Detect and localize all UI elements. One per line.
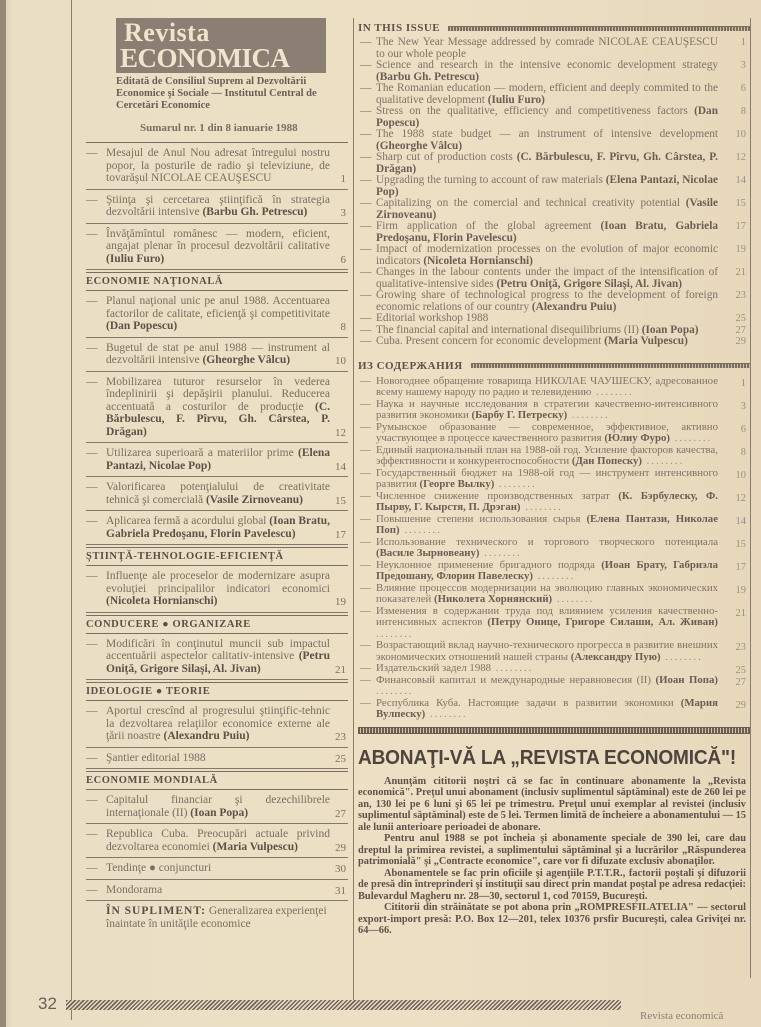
toc-entry: —The Romanian education — modern, effici…	[358, 83, 750, 106]
leader-dots: ........	[591, 386, 633, 398]
entry-page: 8	[741, 106, 746, 118]
leader-dots: ........	[494, 478, 536, 490]
toc-entry: —Государственный бюджет на 1988-ой год —…	[358, 468, 750, 491]
entry-title: Aplicarea fermă a acordului global (Ioan…	[86, 515, 330, 540]
entry-author: (Nicoleta Hornianschi)	[106, 595, 217, 607]
entry-dash: —	[86, 147, 98, 160]
entry-dash: —	[360, 560, 371, 572]
leader-dots: ........	[491, 662, 533, 674]
entry-author: (C. Bărbulescu, F. Pîrvu, Gh. Cârstea, P…	[376, 151, 718, 175]
entry-dash: —	[360, 376, 371, 388]
toc-entry: —The New Year Message addressed by comra…	[358, 37, 750, 60]
entry-author: (Ioan Popa)	[642, 324, 699, 336]
advert-top-rule	[358, 727, 750, 734]
entry-page: 1	[341, 173, 347, 186]
toc-entry: —Impact of modernization processes on th…	[358, 244, 750, 267]
leader-dots: ........	[552, 593, 594, 605]
entry-title: Şantier editorial 1988	[86, 752, 330, 765]
entry-author: (Gheorghe Vâlcu)	[202, 354, 290, 366]
entry-dash: —	[360, 221, 371, 233]
entry-page: 15	[736, 198, 747, 210]
entry-author: (Elena Pantazi, Nicolae Pop)	[376, 174, 718, 198]
entry-page: 6	[341, 254, 347, 267]
leader-dots: ........	[400, 524, 442, 536]
entry-page: 23	[335, 731, 346, 744]
leader-dots: ........	[661, 651, 703, 663]
toc-entry: —Возрастающий вклад научно-технического …	[358, 640, 750, 663]
entry-page: 14	[335, 461, 346, 474]
entry-page: 10	[335, 355, 346, 368]
entry-page: 6	[741, 83, 746, 95]
entry-dash: —	[360, 514, 371, 526]
entry-dash: —	[86, 376, 98, 389]
entry-page: 21	[736, 267, 747, 279]
toc-entry: —Mondorama31	[86, 880, 348, 902]
entry-author: (Alexandru Puiu)	[532, 301, 616, 313]
toc-entry: —Valorificarea potenţialului de creativi…	[86, 477, 348, 511]
entry-dash: —	[360, 399, 371, 411]
publisher-line: Editată de Consiliul Suprem al Dezvoltăr…	[116, 76, 331, 112]
toc-entry: —Mobilizarea tuturor resurselor în veder…	[86, 372, 348, 444]
page-number: 32	[38, 994, 57, 1014]
toc-entry: —Învăţămîntul românesc — modern, eficien…	[86, 224, 348, 271]
entry-page: 23	[736, 642, 747, 654]
toc-entry: —Повышение степени использования сырья (…	[358, 514, 750, 537]
leader-dots: ........	[642, 455, 684, 467]
entry-dash: —	[360, 290, 371, 302]
entry-page: 12	[736, 152, 747, 164]
section-heading: CONDUCERE ● ORGANIZARE	[86, 615, 348, 634]
entry-author: (Петру Онице, Григоре Силаши, Ал. Живан)	[487, 616, 718, 628]
entry-dash: —	[360, 175, 371, 187]
russian-header: ИЗ СОДЕРЖАНИЯ	[358, 360, 750, 372]
entry-dash: —	[360, 491, 371, 503]
entry-title: Învăţămîntul românesc — modern, eficient…	[86, 228, 330, 266]
entry-dash: —	[360, 336, 371, 348]
toc-entry: —Şantier editorial 198825	[86, 748, 348, 770]
entry-dash: —	[360, 37, 371, 49]
entry-page: 14	[736, 516, 747, 528]
entry-page: 3	[741, 401, 746, 413]
toc-entry: —Изменения в содержании труда под влияни…	[358, 606, 750, 641]
toc-entry: —Upgrading the turning to account of raw…	[358, 175, 750, 198]
entry-dash: —	[360, 663, 371, 675]
entry-author: (Александру Пую)	[571, 651, 661, 663]
leader-dots: ........	[376, 685, 414, 697]
entry-page: 27	[335, 808, 346, 821]
entry-dash: —	[360, 583, 371, 595]
entry-page: 31	[335, 885, 346, 898]
entry-title: Bugetul de stat pe anul 1988 — instrumen…	[86, 342, 330, 367]
entry-author: (Iuliu Furo)	[106, 253, 164, 265]
russian-contents: —Новогоднее обращение товарища НИКОЛАЕ Ч…	[358, 376, 750, 721]
toc-entry: —Science and research in the intensive e…	[358, 60, 750, 83]
entry-dash: —	[360, 106, 371, 118]
entry-dash: —	[360, 129, 371, 141]
toc-entry: —Modificări în conţinutul muncii sub imp…	[86, 634, 348, 681]
entry-dash: —	[86, 705, 98, 718]
entry-page: 29	[335, 842, 346, 855]
toc-entry: —Ştiinţa şi cercetarea ştiinţifică în st…	[86, 190, 348, 224]
entry-author: (Дан Попеску)	[572, 455, 642, 467]
entry-author: (Василе Зырновеану)	[376, 547, 479, 559]
leader-dots: ........	[670, 432, 712, 444]
subscription-headline: ABONAŢI-VĂ LA „REVISTA ECONOMICĂ"!	[358, 746, 723, 770]
entry-author: (Юлиу Фуро)	[604, 432, 670, 444]
entry-page: 3	[741, 60, 746, 72]
toc-entry: —The 1988 state budget — an instrument o…	[358, 129, 750, 152]
entry-dash: —	[86, 862, 98, 875]
entry-title: Modificări în conţinutul muncii sub impa…	[86, 638, 330, 676]
entry-dash: —	[86, 228, 98, 241]
entry-page: 12	[736, 493, 747, 505]
entry-author: (Gheorghe Vâlcu)	[376, 140, 462, 152]
entry-title: Influenţe ale proceselor de modernizare …	[86, 570, 330, 608]
entry-dash: —	[360, 198, 371, 210]
leader-dots: ........	[521, 501, 563, 513]
entry-dash: —	[360, 422, 371, 434]
entry-dash: —	[360, 640, 371, 652]
toc-entry: —Республика Куба. Настоящие задачи в раз…	[358, 698, 750, 721]
entry-page: 14	[736, 175, 747, 187]
toc-entry: —Влияние процессов модернизации на эволю…	[358, 583, 750, 606]
entry-page: 21	[736, 608, 747, 620]
left-margin-rule	[71, 0, 72, 1020]
entry-dash: —	[360, 606, 371, 618]
entry-author: (Vasile Zirnoveanu)	[376, 197, 718, 221]
entry-dash: —	[86, 638, 98, 651]
entry-title: Planul naţional unic pe anul 1988. Accen…	[86, 295, 330, 333]
toc-entry: —Influenţe ale proceselor de modernizare…	[86, 566, 348, 613]
entry-dash: —	[360, 698, 371, 710]
entry-dash: —	[360, 468, 371, 480]
toc-entry: —Firm application of the global agreemen…	[358, 221, 750, 244]
entry-page: 8	[341, 321, 347, 334]
entry-page: 1	[741, 37, 746, 49]
column-divider	[353, 18, 354, 1008]
entry-dash: —	[86, 515, 98, 528]
entry-author: (Барбу Г. Петреску)	[472, 409, 568, 421]
toc-entry: —Румынское образование — современное, эф…	[358, 422, 750, 445]
footer-hatch-rule	[66, 1000, 621, 1010]
masthead-logo: Revista ECONOMICA	[116, 18, 326, 73]
toc-entry: —Aplicarea fermă a acordului global (Ioa…	[86, 511, 348, 545]
toc-entry: —Changes in the labour contents under th…	[358, 267, 750, 290]
entry-page: 27	[736, 677, 747, 689]
entry-page: 25	[335, 753, 346, 766]
english-contents: —The New Year Message addressed by comra…	[358, 37, 750, 348]
entry-page: 17	[335, 529, 346, 542]
entry-title: Mesajul de Anul Nou adresat întregului n…	[86, 147, 330, 185]
entry-author: (Maria Vulpescu)	[213, 841, 298, 853]
entry-title: Mobilizarea tuturor resurselor în vedere…	[86, 376, 330, 439]
entry-author: (Elena Pantazi, Nicolae Pop)	[106, 447, 330, 472]
toc-entry: —Tendinţe ● conjuncturi30	[86, 858, 348, 880]
leader-dots: ........	[533, 570, 575, 582]
entry-dash: —	[86, 295, 98, 308]
leader-dots: ........	[425, 708, 467, 720]
lead-articles: —Mesajul de Anul Nou adresat întregului …	[86, 142, 348, 270]
entry-title: Mondorama	[86, 884, 330, 897]
toc-entry: —Planul naţional unic pe anul 1988. Acce…	[86, 291, 348, 338]
entry-dash: —	[86, 342, 98, 355]
leader-dots: ........	[376, 628, 414, 640]
toc-entry: —Mesajul de Anul Nou adresat întregului …	[86, 143, 348, 190]
right-margin-rule	[750, 18, 751, 978]
entry-dash: —	[360, 537, 371, 549]
entry-page: 6	[741, 424, 746, 436]
toc-entry: —Численное снижение производственных зат…	[358, 491, 750, 514]
subscription-paragraph: Cititorii din străinătate se pot abona p…	[358, 902, 746, 937]
entry-author: (Ioan Bratu, Gabriela Predoşanu, Florin …	[376, 220, 718, 244]
romanian-contents-column: Revista ECONOMICA Editată de Consiliul S…	[86, 18, 348, 930]
entry-author: (Георге Вылку)	[420, 478, 495, 490]
entry-dash: —	[360, 445, 371, 457]
issue-summary-title: Sumarul nr. 1 din 8 ianuarie 1988	[140, 122, 348, 134]
entry-page: 12	[335, 427, 346, 440]
entry-author: (Maria Vulpescu)	[604, 335, 688, 347]
subscription-paragraph: Pentru anul 1988 se pot încheia şi abona…	[358, 833, 746, 868]
page-binding-edge	[0, 0, 6, 1027]
entry-dash: —	[360, 83, 371, 95]
entry-title: Aportul crescînd al progresului ştiinţif…	[86, 705, 330, 743]
toc-entry: —Наука и научные исследования в стратеги…	[358, 399, 750, 422]
section-heading: ECONOMIE NAŢIONALĂ	[86, 272, 348, 291]
entry-author: (Barbu Gh. Petrescu)	[202, 206, 307, 218]
toc-entry: —Capitalul financiar şi dezechilibrele i…	[86, 790, 348, 824]
entry-title: Utilizarea superioară a materiilor prime…	[86, 447, 330, 472]
leader-dots: ........	[479, 547, 521, 559]
entry-page: 19	[736, 244, 747, 256]
entry-page: 1	[741, 378, 746, 390]
toc-entry: —Новогоднее обращение товарища НИКОЛАЕ Ч…	[358, 376, 750, 399]
entry-page: 27	[736, 325, 747, 337]
entry-dash: —	[86, 794, 98, 807]
entry-author: (Vasile Zirnoveanu)	[206, 494, 303, 506]
leader-dots: ........	[567, 409, 609, 421]
entry-page: 3	[341, 207, 347, 220]
toc-entry: —Sharp cut of production costs (C. Bărbu…	[358, 152, 750, 175]
entry-page: 29	[736, 700, 747, 712]
supplement-label: ÎN SUPLIMENT:	[106, 905, 206, 917]
entry-author: (Nicoleta Hornianschi)	[423, 255, 533, 267]
entry-page: 8	[741, 447, 746, 459]
masthead-line2: ECONOMICA	[120, 45, 290, 72]
entry-dash: —	[86, 752, 98, 765]
entry-author: (Ioan Popa)	[190, 807, 248, 819]
toc-entry: —Cuba. Present concern for economic deve…	[358, 336, 750, 348]
running-title: Revista economică	[640, 1010, 723, 1022]
toc-entry: —Неуклонное применение бригадного подряд…	[358, 560, 750, 583]
entry-page: 30	[335, 863, 346, 876]
russian-title: ИЗ СОДЕРЖАНИЯ	[358, 360, 463, 372]
toc-entry: —Финансовый капитал и международные нера…	[358, 675, 750, 698]
section-heading: ŞTIINŢĂ-TEHNOLOGIE-EFICIENŢĂ	[86, 547, 348, 566]
subscription-paragraph: Abonamentele se fac prin oficiile şi age…	[358, 868, 746, 903]
entry-page: 19	[736, 585, 747, 597]
foreign-contents-column: IN THIS ISSUE —The New Year Message addr…	[358, 22, 750, 937]
subscription-paragraph: Anunţăm cititorii noştri că se fac în co…	[358, 776, 746, 834]
toc-entry: —Bugetul de stat pe anul 1988 — instrume…	[86, 338, 348, 372]
toc-entry: —Republica Cuba. Preocupări actuale priv…	[86, 824, 348, 858]
entry-page: 23	[736, 290, 747, 302]
entry-dash: —	[86, 481, 98, 494]
entry-dash: —	[86, 194, 98, 207]
entry-dash: —	[86, 828, 98, 841]
section-heading: IDEOLOGIE ● TEORIE	[86, 682, 348, 701]
entry-dash: —	[360, 244, 371, 256]
entry-page: 10	[736, 470, 747, 482]
entry-page: 25	[736, 313, 747, 325]
entry-author: (Николета Хорнянский)	[434, 593, 552, 605]
entry-dash: —	[86, 884, 98, 897]
entry-title: Ştiinţa şi cercetarea ştiinţifică în str…	[86, 194, 330, 219]
entry-author: (Dan Popescu)	[376, 105, 718, 129]
in-this-issue-title: IN THIS ISSUE	[358, 22, 440, 34]
entry-dash: —	[360, 152, 371, 164]
entry-dash: —	[86, 570, 98, 583]
supplement-note: ÎN SUPLIMENT: Generalizarea experienţei …	[86, 901, 348, 930]
toc-entry: —Aportul crescînd al progresului ştiinţi…	[86, 701, 348, 748]
entry-page: 29	[736, 336, 747, 348]
toc-entry: —Utilizarea superioară a materiilor prim…	[86, 443, 348, 477]
entry-page: 21	[335, 664, 346, 677]
in-this-issue-header: IN THIS ISSUE	[358, 22, 750, 34]
subscription-body: Anunţăm cititorii noştri că se fac în co…	[358, 776, 750, 937]
toc-entry: —Capitalizing on the comercial and techn…	[358, 198, 750, 221]
entry-dash: —	[360, 313, 371, 325]
entry-title: Tendinţe ● conjuncturi	[86, 862, 330, 875]
section-list: ECONOMIE NAŢIONALĂ—Planul naţional unic …	[86, 272, 348, 901]
entry-dash: —	[360, 267, 371, 279]
entry-page: 10	[736, 129, 747, 141]
toc-entry: —Использование технического и торгового …	[358, 537, 750, 560]
entry-author: (Iuliu Furo)	[488, 94, 545, 106]
entry-title: Valorificarea potenţialului de creativit…	[86, 481, 330, 506]
header-rule	[448, 26, 750, 31]
entry-page: 15	[335, 495, 346, 508]
header-rule	[471, 363, 750, 368]
entry-title: Capitalul financiar şi dezechilibrele in…	[86, 794, 330, 819]
entry-author: (Petru Oniţă, Grigore Silaşi, Al. Jivan)	[106, 650, 330, 675]
entry-dash: —	[360, 60, 371, 72]
toc-entry: —Единый национальный план на 1988-ой год…	[358, 445, 750, 468]
entry-author: (Alexandru Puiu)	[163, 730, 249, 742]
entry-page: 15	[736, 539, 747, 551]
entry-author: (Ioan Bratu, Gabriela Predoşanu, Florin …	[106, 515, 330, 540]
entry-page: 17	[736, 221, 747, 233]
entry-title: Republica Cuba. Preocupări actuale privi…	[86, 828, 330, 853]
entry-page: 17	[736, 562, 747, 574]
entry-dash: —	[360, 675, 371, 687]
section-heading: ECONOMIE MONDIALĂ	[86, 771, 348, 790]
entry-author: (Petru Oniţă, Grigore Silaşi, Al. Jivan)	[496, 278, 682, 290]
entry-author: (C. Bărbulescu, F. Pîrvu, Gh. Cârstea, P…	[106, 401, 330, 438]
entry-dash: —	[86, 447, 98, 460]
entry-author: (Иоан Попа)	[655, 674, 718, 686]
entry-page: 19	[335, 596, 346, 609]
toc-entry: —Growing share of technological progress…	[358, 290, 750, 313]
entry-author: (Dan Popescu)	[106, 320, 177, 332]
toc-entry: —Stress on the qualitative, efficiency a…	[358, 106, 750, 129]
entry-author: (Barbu Gh. Petrescu)	[376, 71, 479, 83]
